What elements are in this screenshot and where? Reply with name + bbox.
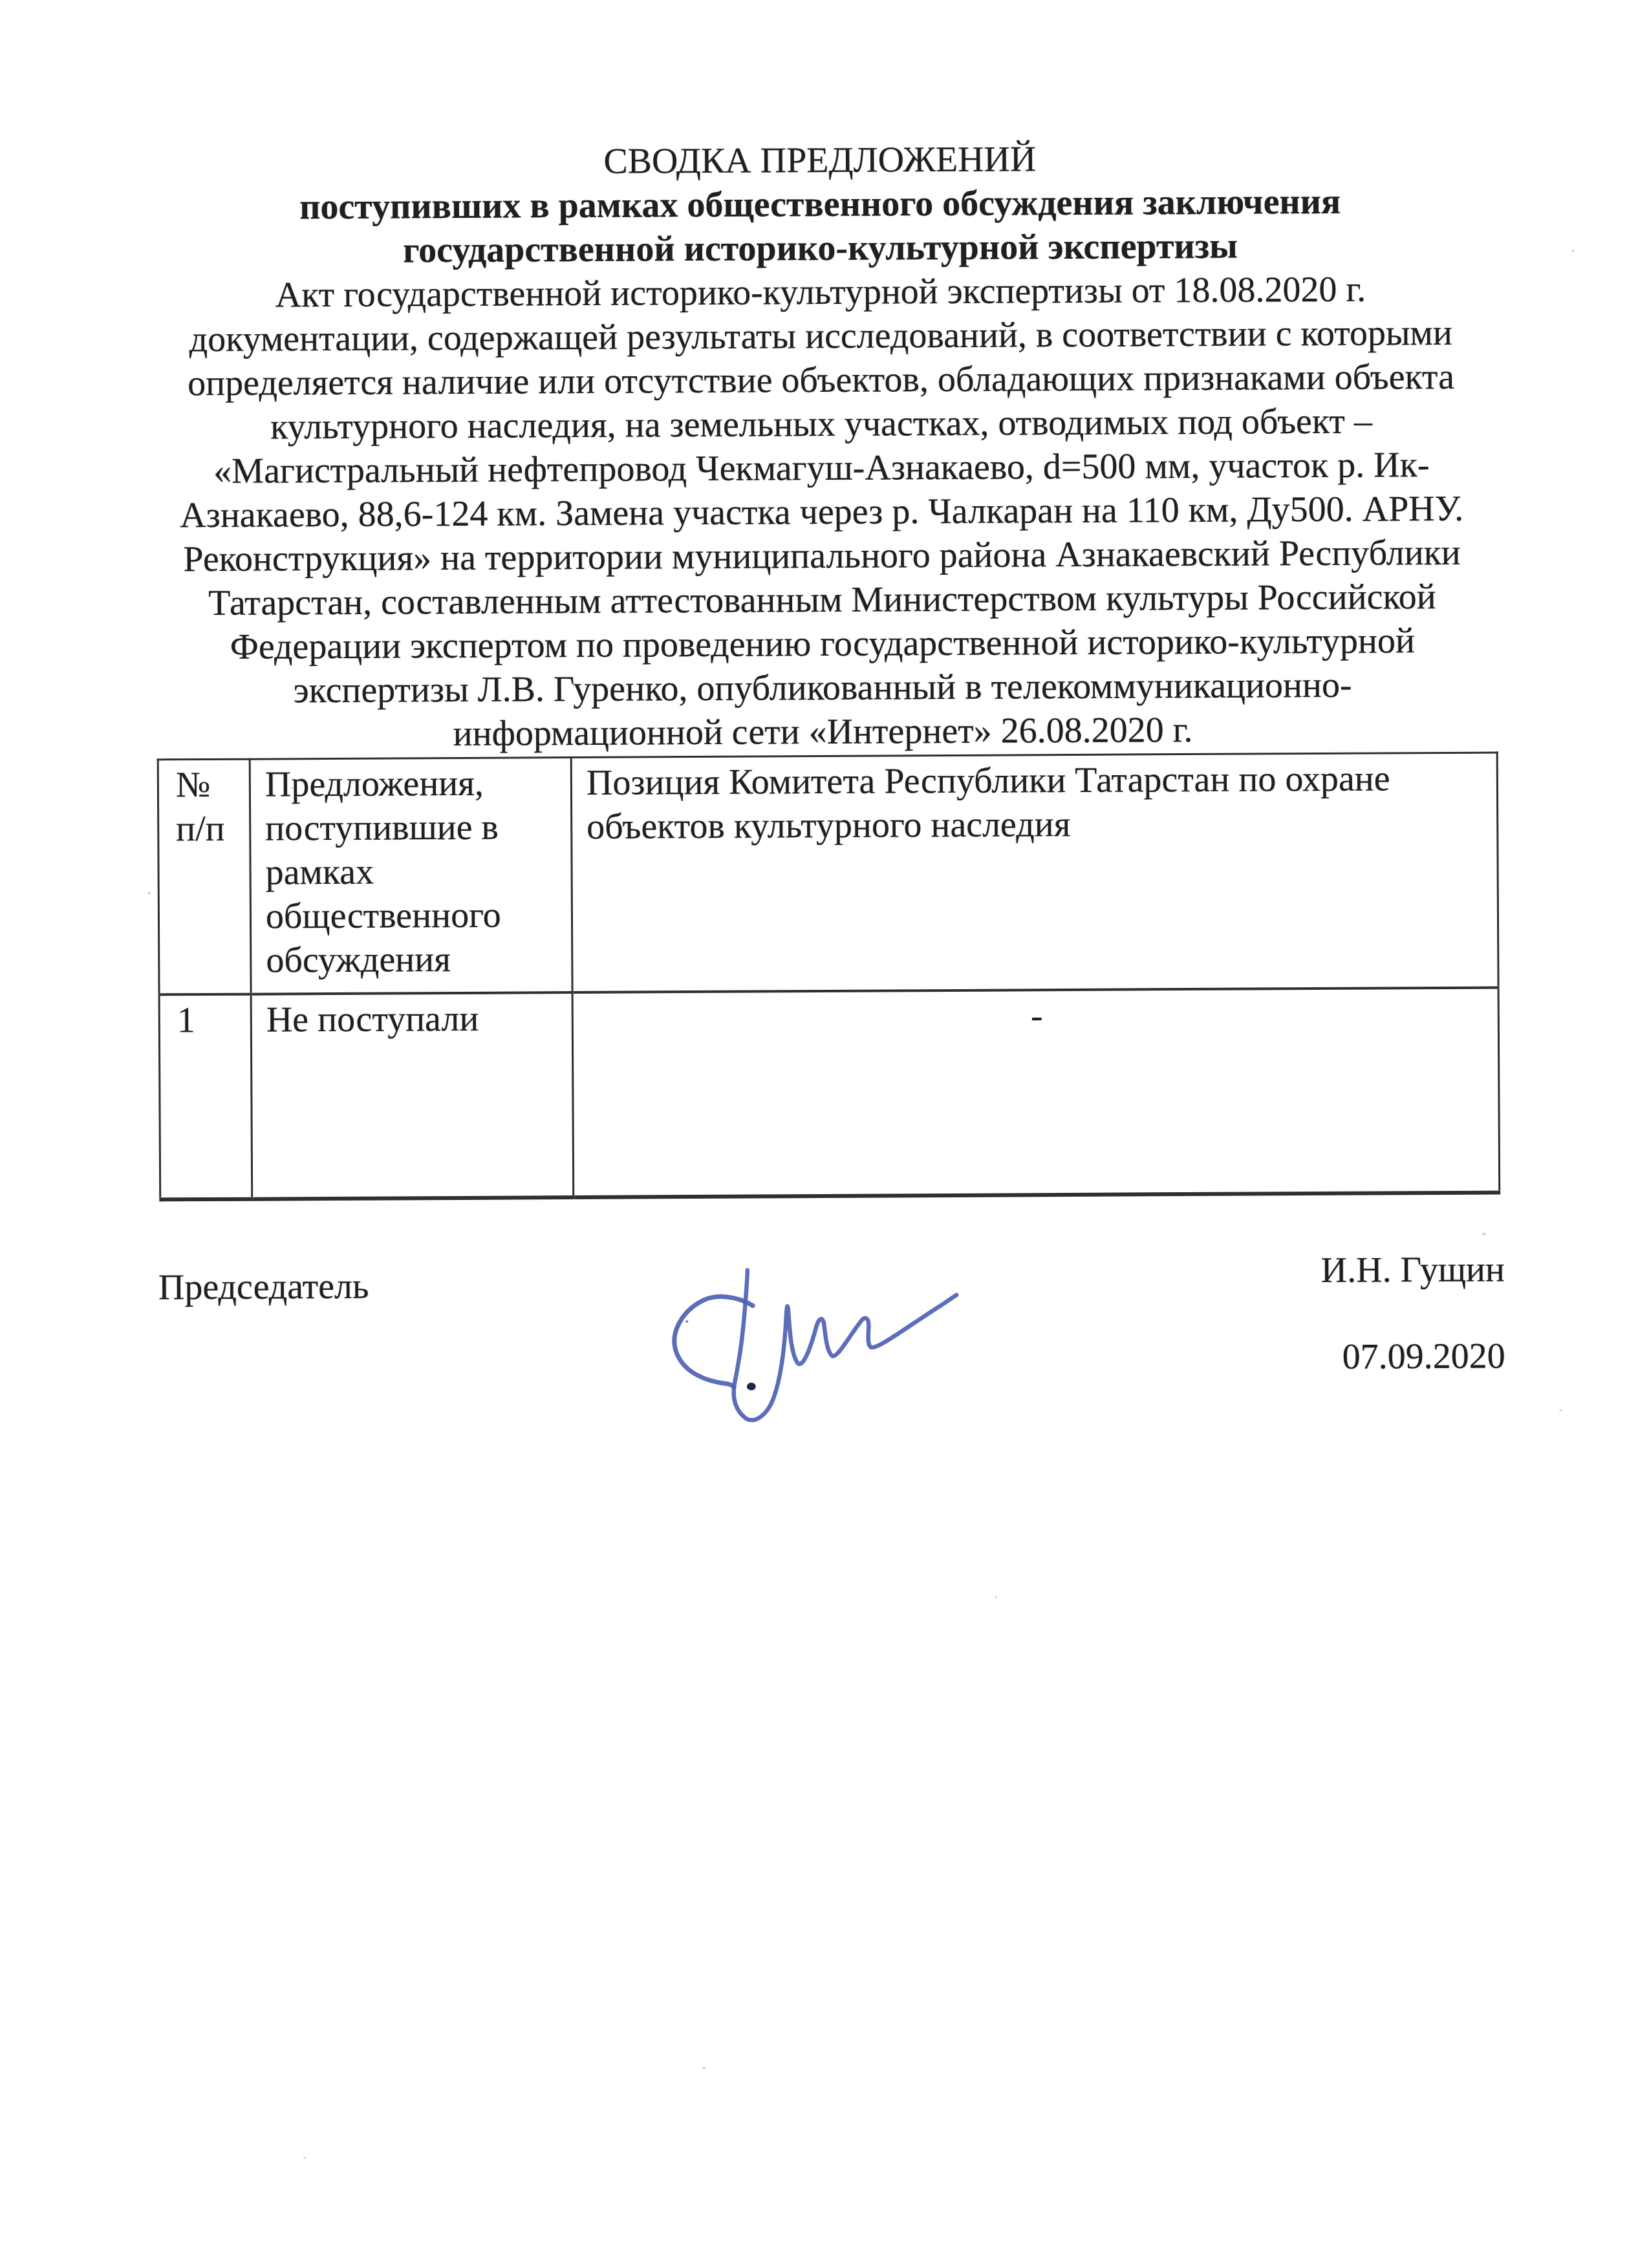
scan-speck (702, 2067, 706, 2070)
proposals-table: № п/п Предложения, поступившие в рамках … (157, 752, 1501, 1202)
row-cell-num: 1 (159, 994, 252, 1200)
scan-speck (995, 1596, 997, 1598)
body-line: информационной сети «Интернет» 26.08.202… (147, 707, 1498, 758)
row-cell-proposal: Не поступали (251, 992, 574, 1199)
body-line: определяется наличие или отсутствие объе… (145, 355, 1496, 406)
signature-stroke-main (733, 1269, 957, 1420)
chairman-name: И.Н. Гущин (1320, 1247, 1505, 1292)
scan-speck (148, 892, 151, 894)
body-line: экспертизы Л.В. Гуренко, опубликованный … (147, 663, 1498, 714)
page-title: СВОДКА ПРЕДЛОЖЕНИЙ (144, 135, 1496, 186)
chairman-label: Председатель (158, 1265, 369, 1310)
page-content: СВОДКА ПРЕДЛОЖЕНИЙ поступивших в рамках … (0, 0, 1649, 2268)
scan-speck (1559, 1409, 1562, 1411)
body-line: Федерации экспертом по проведению госуда… (147, 619, 1498, 670)
body-line: Татарстан, составленным аттестованным Ми… (146, 575, 1498, 626)
header-cell-num: № п/п (158, 759, 251, 994)
signature-ink-dot (747, 1383, 756, 1391)
signature-date: 07.09.2020 (1342, 1334, 1505, 1378)
body-line: культурного наследия, на земельных участ… (145, 399, 1497, 450)
row-cell-position: - (572, 988, 1500, 1197)
scan-speck (1482, 1233, 1486, 1236)
body-line: «Магистральный нефтепровод Чекмагуш-Азна… (145, 443, 1497, 494)
handwritten-signature (635, 1246, 1024, 1507)
scan-speck (1572, 250, 1575, 252)
table-header-row: № п/п Предложения, поступившие в рамках … (158, 753, 1498, 994)
header-cell-position: Позиция Комитета Республики Татарстан по… (571, 753, 1498, 992)
header-cell-proposals: Предложения, поступившие в рамках общест… (250, 758, 572, 994)
signature-ink-speck (685, 1320, 688, 1323)
body-line: документации, содержащей результаты иссл… (145, 311, 1496, 362)
scan-speck (291, 787, 294, 789)
page-subtitle-line-1: поступивших в рамках общественного обсуж… (144, 179, 1496, 230)
scanned-document-page: СВОДКА ПРЕДЛОЖЕНИЙ поступивших в рамках … (0, 0, 1649, 2268)
body-line: Азнакаево, 88,6-124 км. Замена участка ч… (146, 487, 1498, 538)
body-line: Акт государственной историко-культурной … (145, 267, 1496, 318)
document-header-block: СВОДКА ПРЕДЛОЖЕНИЙ поступивших в рамках … (144, 135, 1499, 758)
scan-speck (303, 2157, 306, 2159)
body-line: Реконструкция» на территории муниципальн… (146, 531, 1498, 582)
page-subtitle-line-2: государственной историко-культурной эксп… (144, 223, 1496, 274)
table-row: 1 Не поступали - (159, 988, 1500, 1200)
